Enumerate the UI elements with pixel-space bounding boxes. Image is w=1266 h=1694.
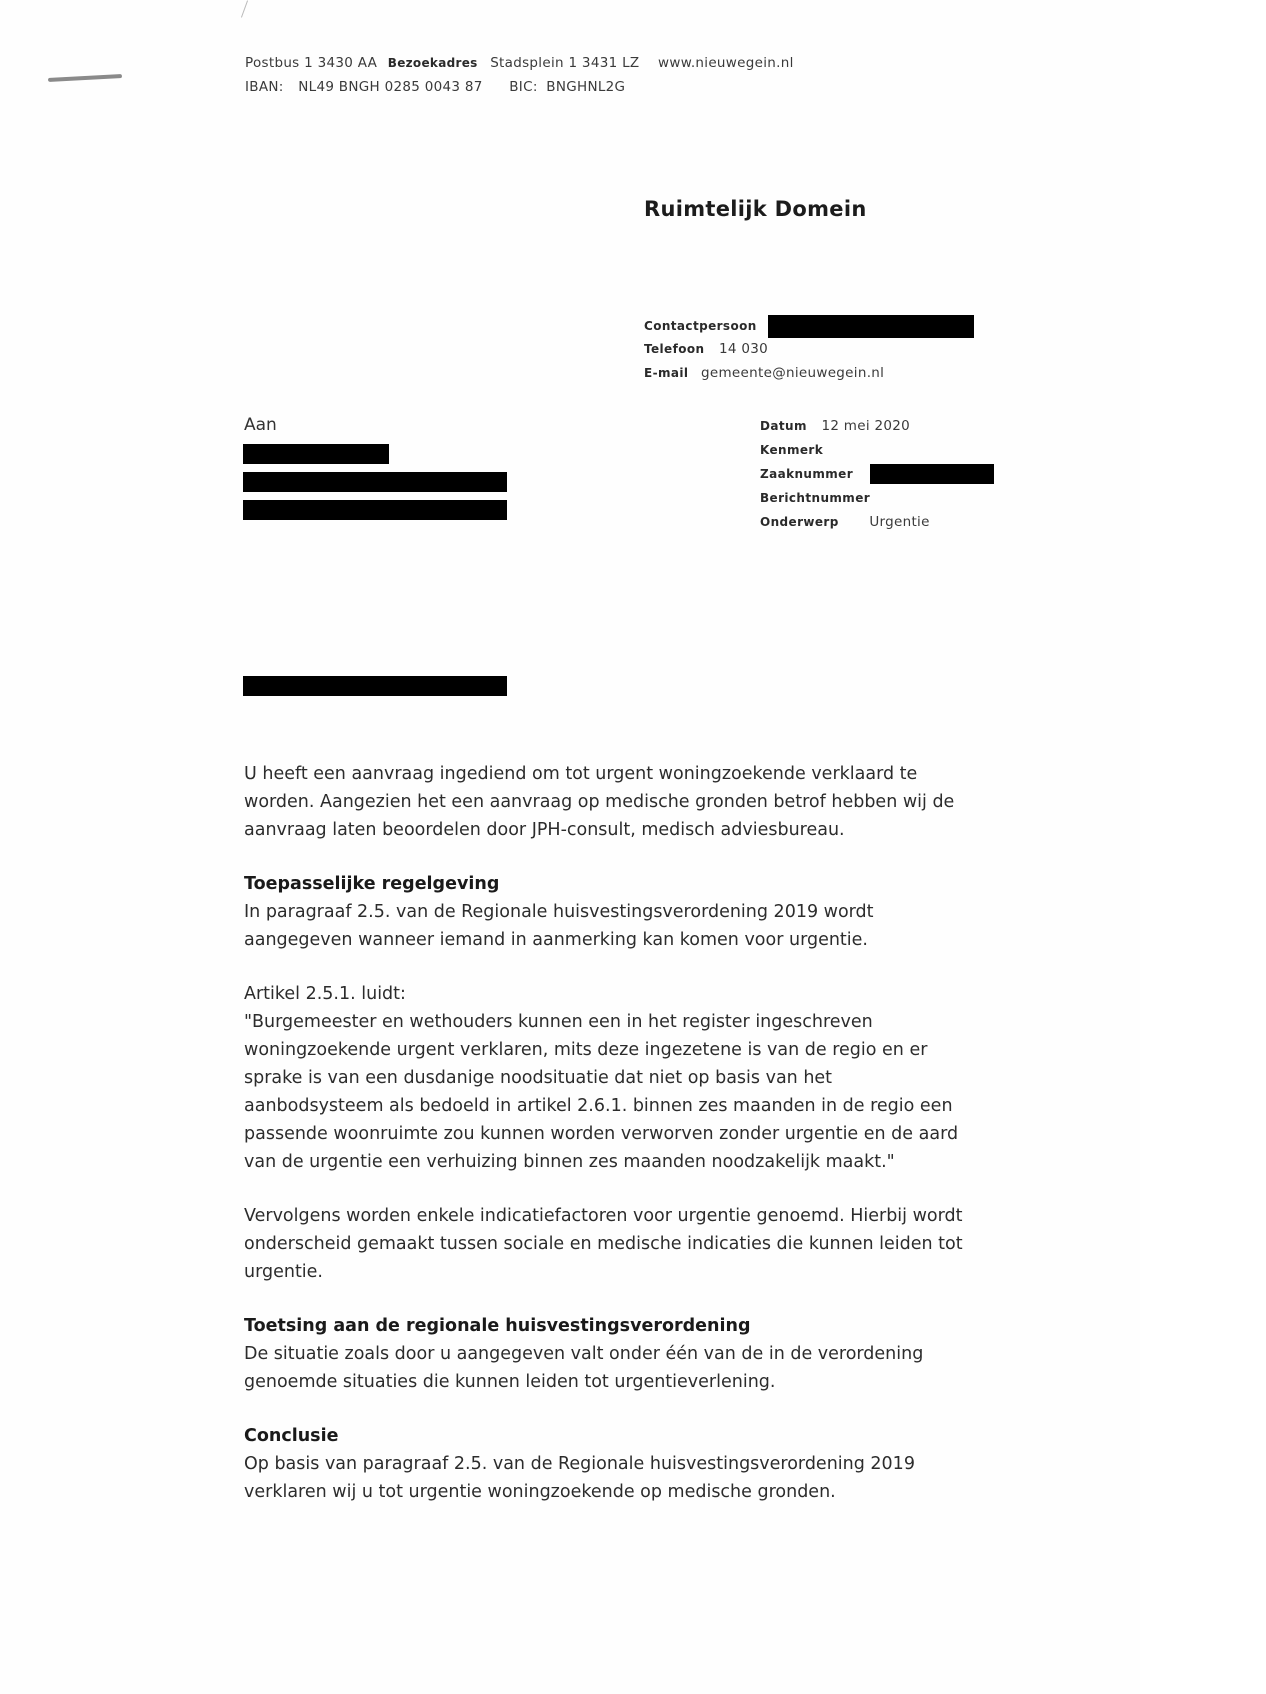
redacted-recipient-city [243, 500, 507, 520]
postbus: Postbus 1 3430 AA [245, 55, 377, 71]
text-line: onderscheid gemaakt tussen sociale en me… [244, 1230, 1024, 1258]
zaaknummer-row: Zaaknummer [760, 466, 863, 482]
letter-body: U heeft een aanvraag ingediend om tot ur… [244, 760, 1024, 1506]
aan-label: Aan [244, 415, 277, 435]
telefoon-label: Telefoon [644, 342, 704, 356]
bic-label: BIC: [509, 79, 537, 95]
iban: NL49 BNGH 0285 0043 87 [298, 79, 482, 95]
telefoon-row: Telefoon 14 030 [644, 341, 768, 357]
email-row: E-mail gemeente@nieuwegein.nl [644, 365, 884, 381]
datum-value: 12 mei 2020 [821, 418, 910, 434]
text-line: urgentie. [244, 1258, 1024, 1286]
letterhead-address-line: Postbus 1 3430 AA Bezoekadres Stadsplein… [245, 55, 794, 71]
text-line: van de urgentie een verhuizing binnen ze… [244, 1148, 1024, 1176]
contactpersoon-label: Contactpersoon [644, 319, 757, 333]
berichtnummer-row: Berichtnummer [760, 490, 880, 506]
zaaknummer-label: Zaaknummer [760, 467, 853, 481]
telefoon-value: 14 030 [719, 341, 768, 357]
redacted-recipient-address [243, 472, 507, 492]
iban-label: IBAN: [245, 79, 284, 95]
section-heading-toetsing: Toetsing aan de regionale huisvestingsve… [244, 1312, 1024, 1340]
onderwerp-row: Onderwerp Urgentie [760, 514, 930, 530]
datum-row: Datum 12 mei 2020 [760, 418, 910, 434]
text-line: genoemde situaties die kunnen leiden tot… [244, 1368, 1024, 1396]
regelgeving-paragraph: In paragraaf 2.5. van de Regionale huisv… [244, 898, 1024, 954]
letterhead-bank-line: IBAN: NL49 BNGH 0285 0043 87 BIC: BNGHNL… [245, 79, 625, 95]
text-line: aangegeven wanneer iemand in aanmerking … [244, 926, 1024, 954]
redacted-zaaknummer [870, 464, 994, 484]
artikel-quote: "Burgemeester en wethouders kunnen een i… [244, 1008, 1024, 1176]
conclusie-paragraph: Op basis van paragraaf 2.5. van de Regio… [244, 1450, 1024, 1506]
onderwerp-label: Onderwerp [760, 515, 839, 529]
berichtnummer-label: Berichtnummer [760, 491, 870, 505]
email-label: E-mail [644, 366, 688, 380]
website: www.nieuwegein.nl [658, 55, 794, 71]
scan-mark [241, 0, 248, 17]
text-line: "Burgemeester en wethouders kunnen een i… [244, 1008, 1024, 1036]
department-title: Ruimtelijk Domein [644, 197, 867, 221]
text-line: U heeft een aanvraag ingediend om tot ur… [244, 760, 1024, 788]
bic: BNGHNL2G [546, 79, 625, 95]
text-line: aanvraag laten beoordelen door JPH-consu… [244, 816, 1024, 844]
text-line: passende woonruimte zou kunnen worden ve… [244, 1120, 1024, 1148]
toetsing-paragraph: De situatie zoals door u aangegeven valt… [244, 1340, 1024, 1396]
email-value: gemeente@nieuwegein.nl [701, 365, 884, 381]
redacted-salutation [243, 676, 507, 696]
artikel-label: Artikel 2.5.1. luidt: [244, 980, 1024, 1008]
scan-mark [48, 74, 122, 82]
text-line: Vervolgens worden enkele indicatiefactor… [244, 1202, 1024, 1230]
section-heading-regelgeving: Toepasselijke regelgeving [244, 870, 1024, 898]
bezoekadres-label: Bezoekadres [388, 56, 478, 70]
datum-label: Datum [760, 419, 807, 433]
text-line: worden. Aangezien het een aanvraag op me… [244, 788, 1024, 816]
onderwerp-value: Urgentie [869, 514, 929, 530]
text-line: verklaren wij u tot urgentie woningzoeke… [244, 1478, 1024, 1506]
kenmerk-row: Kenmerk [760, 442, 833, 458]
intro-paragraph: U heeft een aanvraag ingediend om tot ur… [244, 760, 1024, 844]
kenmerk-label: Kenmerk [760, 443, 823, 457]
text-line: De situatie zoals door u aangegeven valt… [244, 1340, 1024, 1368]
indicaties-paragraph: Vervolgens worden enkele indicatiefactor… [244, 1202, 1024, 1286]
text-line: sprake is van een dusdanige noodsituatie… [244, 1064, 1024, 1092]
section-heading-conclusie: Conclusie [244, 1422, 1024, 1450]
contactpersoon-row: Contactpersoon [644, 318, 767, 334]
letter-page: Postbus 1 3430 AA Bezoekadres Stadsplein… [0, 0, 1140, 1694]
text-line: Op basis van paragraaf 2.5. van de Regio… [244, 1450, 1024, 1478]
text-line: woningzoekende urgent verklaren, mits de… [244, 1036, 1024, 1064]
redacted-recipient-name [243, 444, 389, 464]
bezoekadres: Stadsplein 1 3431 LZ [490, 55, 639, 71]
redacted-contactpersoon [768, 315, 974, 338]
text-line: In paragraaf 2.5. van de Regionale huisv… [244, 898, 1024, 926]
text-line: aanbodsysteem als bedoeld in artikel 2.6… [244, 1092, 1024, 1120]
